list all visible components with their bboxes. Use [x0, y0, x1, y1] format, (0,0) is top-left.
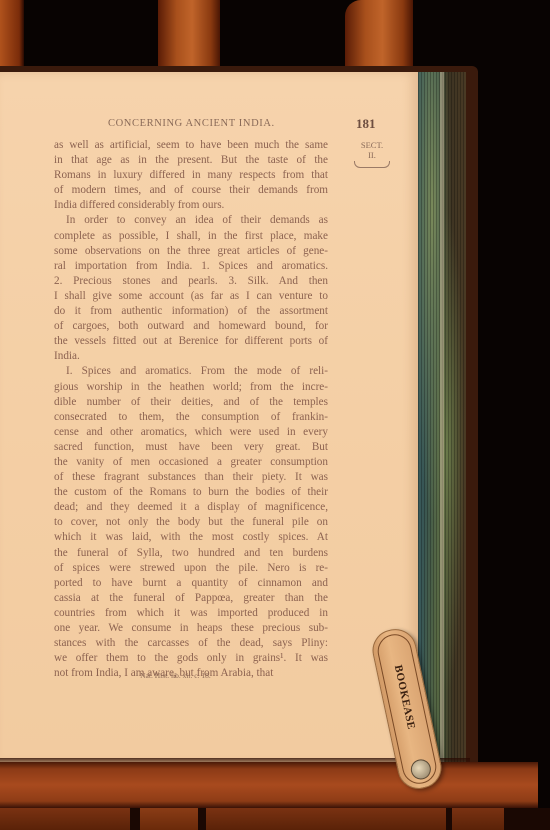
running-head-title: CONCERNING ANCIENT INDIA.	[108, 118, 275, 129]
text-line: I. Spices and aromatics. From the mode o…	[54, 364, 328, 379]
text-line: complete as possible, I shall, in the fi…	[54, 229, 328, 244]
text-line: which it was laid, with the most costly …	[54, 530, 328, 545]
text-line: ral importation from India. 1. Spices an…	[54, 259, 328, 274]
stand-base-block	[140, 808, 198, 830]
text-line: we offer them to the gods only in grains…	[54, 651, 328, 666]
text-line: to cover, not only the body but the fune…	[54, 515, 328, 530]
text-line: the custom of the Romans to burn the bod…	[54, 485, 328, 500]
marbled-fore-edge	[418, 72, 466, 762]
stand-ledge	[0, 762, 538, 808]
text-line: dead; and they deemed it a display of ma…	[54, 500, 328, 515]
page-number: 181	[356, 116, 376, 132]
stand-slat-right	[345, 0, 413, 70]
text-line: India differed considerably from ours.	[54, 198, 328, 213]
margin-note: SECT. II.	[352, 140, 392, 168]
running-head: CONCERNING ANCIENT INDIA. 181	[0, 118, 418, 138]
stand-slat-left	[0, 0, 24, 70]
text-line: India.	[54, 349, 328, 364]
text-line: sacred function, must have been very gre…	[54, 440, 328, 455]
margin-note-label: SECT.	[361, 140, 383, 150]
body-text: as well as artificial, seem to have been…	[54, 138, 328, 681]
footnote: ¹ Nat. Hist. lib. xii. c. 18.	[136, 671, 211, 680]
text-line: some observations on the three great art…	[54, 244, 328, 259]
stand-base-block	[0, 808, 130, 830]
paragraph: as well as artificial, seem to have been…	[54, 138, 328, 213]
text-line: of these fragrant substances than their …	[54, 470, 328, 485]
text-line: In order to convey an idea of their dema…	[54, 213, 328, 228]
text-line: ported to have burnt a quantity of cinna…	[54, 576, 328, 591]
text-line: stances with the carcasses of the dead, …	[54, 636, 328, 651]
text-line: as well as artificial, seem to have been…	[54, 138, 328, 153]
text-line: one year. We consume in heaps these prec…	[54, 621, 328, 636]
paragraph: In order to convey an idea of their dema…	[54, 213, 328, 364]
text-line: dible number of their deities, and of th…	[54, 395, 328, 410]
text-line: do it from authentic information) of the…	[54, 304, 328, 319]
paragraph: I. Spices and aromatics. From the mode o…	[54, 364, 328, 681]
text-line: of cargoes, both outward and homeward bo…	[54, 319, 328, 334]
stand-slat-middle	[158, 0, 220, 70]
text-line: of spices were strewed upon the pile. Ne…	[54, 561, 328, 576]
text-line: the vanity of men occasioned a greater c…	[54, 455, 328, 470]
text-line: I shall give some account (as far as I c…	[54, 289, 328, 304]
text-line: gious worship in the heathen world; from…	[54, 380, 328, 395]
text-line: in that age as in the present. But the t…	[54, 153, 328, 168]
brace-mark	[354, 161, 390, 168]
text-line: consecrated to them, the consumption of …	[54, 410, 328, 425]
text-line: 2. Precious stones and pearls. 3. Silk. …	[54, 274, 328, 289]
text-line: the vessels fitted out at Berenice for d…	[54, 334, 328, 349]
margin-note-number: II.	[368, 150, 376, 160]
stand-base-block	[206, 808, 446, 830]
text-line: cassia at the funeral of Pappœa, greater…	[54, 591, 328, 606]
text-line: the funeral of Sylla, two hundred and te…	[54, 546, 328, 561]
text-line: cense and other aromatics, which were us…	[54, 425, 328, 440]
stand-base-block	[452, 808, 504, 830]
text-line: Romans in luxury differed in many respec…	[54, 168, 328, 183]
text-line: of modern times, and of course their dem…	[54, 183, 328, 198]
text-line: countries from which it was imported pro…	[54, 606, 328, 621]
